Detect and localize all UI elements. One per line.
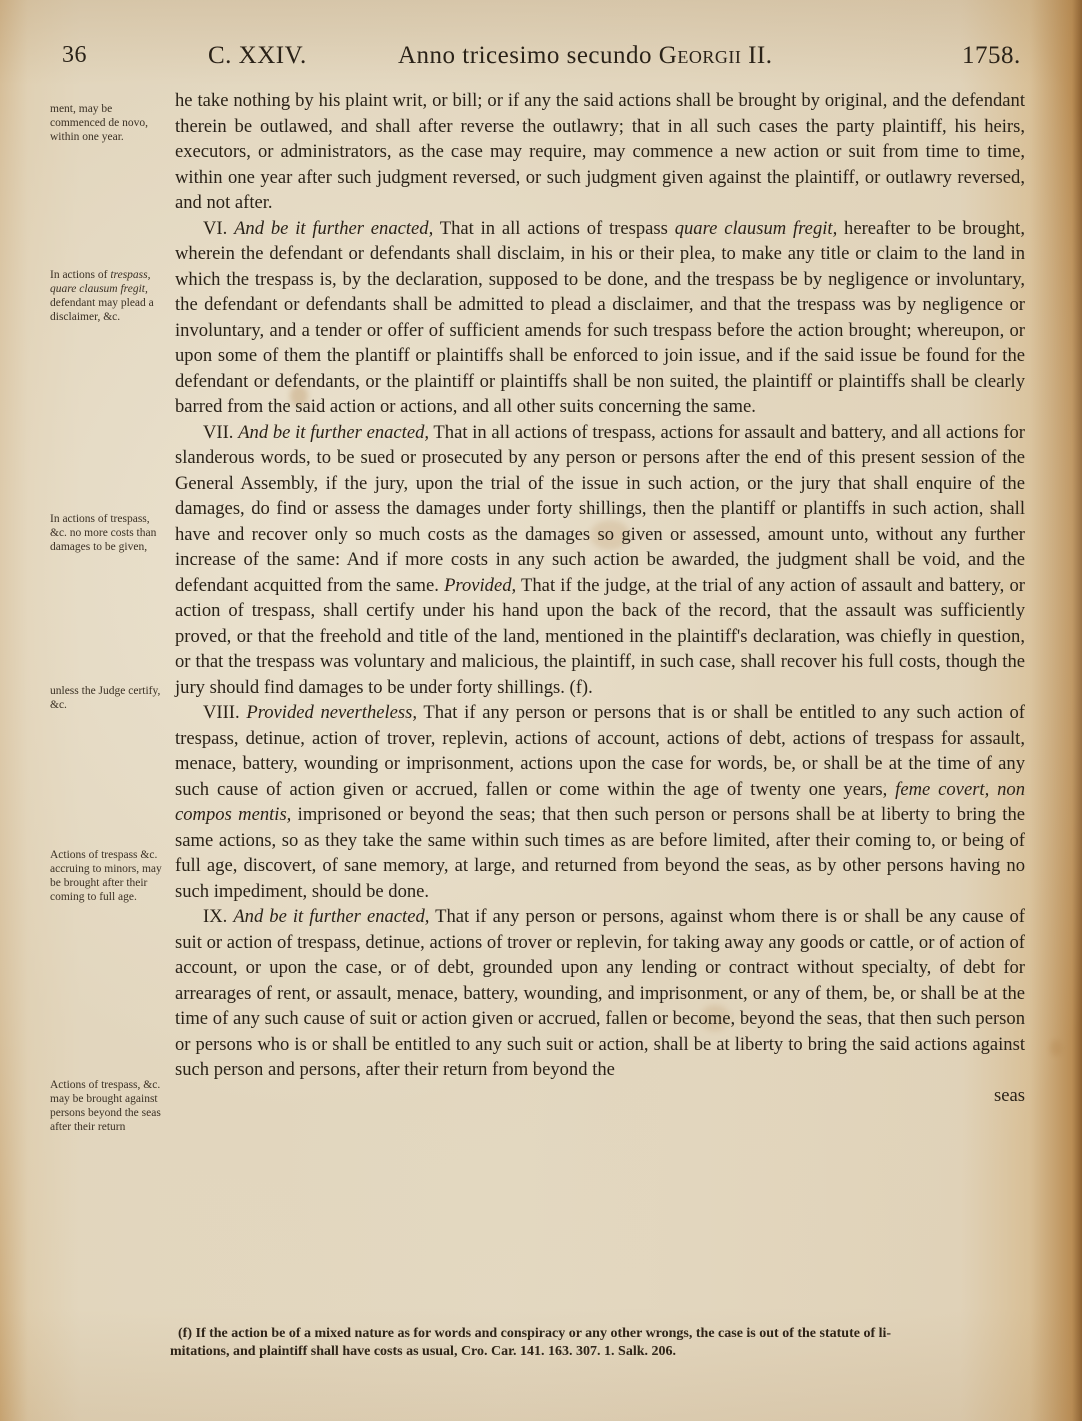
margin-note: Actions of trespass &c. accruing to mino… [50, 848, 166, 904]
section-number: VII. [203, 422, 238, 443]
section-vii: VII. And be it further enacted, That in … [175, 420, 1025, 701]
proviso-clause: Provided, [444, 575, 516, 596]
section-text: That in all actions of trespass [433, 218, 674, 239]
title-regnal: II. [741, 42, 772, 69]
book-page: 36 C. XXIV. Anno tricesimo secundo Georg… [0, 0, 1082, 1421]
section-vi: VI. And be it further enacted, That in a… [175, 216, 1025, 420]
section-text: That if any person or persons, against w… [175, 906, 1025, 1080]
proviso-clause: Provided nevertheless, [246, 702, 417, 723]
footnote-text: If the action be of a mixed nature as fo… [192, 1326, 891, 1341]
margin-note: unless the Judge certify, &c. [50, 684, 166, 712]
section-viii: VIII. Provided nevertheless, That if any… [175, 700, 1025, 904]
statute-body: he take nothing by his plaint writ, or b… [175, 88, 1025, 1108]
section-ix: IX. And be it further enacted, That if a… [175, 904, 1025, 1083]
running-header: 36 C. XXIV. Anno tricesimo secundo Georg… [0, 42, 1082, 82]
footnote-marker: (f) [178, 1326, 192, 1341]
enacting-clause: And be it further enacted, [233, 906, 429, 927]
catchword: seas [175, 1083, 1025, 1109]
enacting-clause: And be it further enacted, [234, 218, 433, 239]
section-text: hereafter to be brought, wherein the def… [175, 218, 1025, 418]
latin-phrase: quare clausum fregit, [675, 218, 838, 239]
paragraph-continued: he take nothing by his plaint writ, or b… [175, 88, 1025, 216]
ink-stain [1050, 1040, 1062, 1056]
year: 1758. [962, 42, 1021, 70]
section-number: IX. [203, 906, 233, 927]
chapter-number: C. XXIV. [208, 42, 307, 70]
margin-note-text: In actions of [50, 269, 110, 281]
section-text: imprisoned or beyond the seas; that then… [175, 804, 1025, 902]
margin-note: Actions of trespass, &c. may be brought … [50, 1078, 166, 1134]
running-title: Anno tricesimo secundo Georgii II. [398, 42, 772, 70]
footnote-reference: (f). [570, 677, 593, 698]
title-text: Anno tricesimo secundo [398, 42, 659, 69]
page-number: 36 [62, 42, 87, 69]
margin-note: In actions of trespass, &c. no more cost… [50, 512, 166, 554]
footnote-line: (f) If the action be of a mixed nature a… [178, 1325, 1038, 1343]
section-number: VI. [203, 218, 234, 239]
footnote-line: mitations, and plaintiff shall have cost… [170, 1343, 1038, 1361]
title-king: Georgii [659, 42, 742, 69]
enacting-clause: And be it further enacted, [238, 422, 429, 443]
margin-note: ment, may be commenced de novo, within o… [50, 102, 166, 144]
footnote: (f) If the action be of a mixed nature a… [178, 1325, 1038, 1361]
section-number: VIII. [203, 702, 246, 723]
margin-note: In actions of trespass, quare clausum fr… [50, 268, 166, 324]
section-text: That in all actions of trespass, actions… [175, 422, 1025, 596]
margin-note-text: defendant may plead a disclaimer, &c. [50, 297, 154, 323]
